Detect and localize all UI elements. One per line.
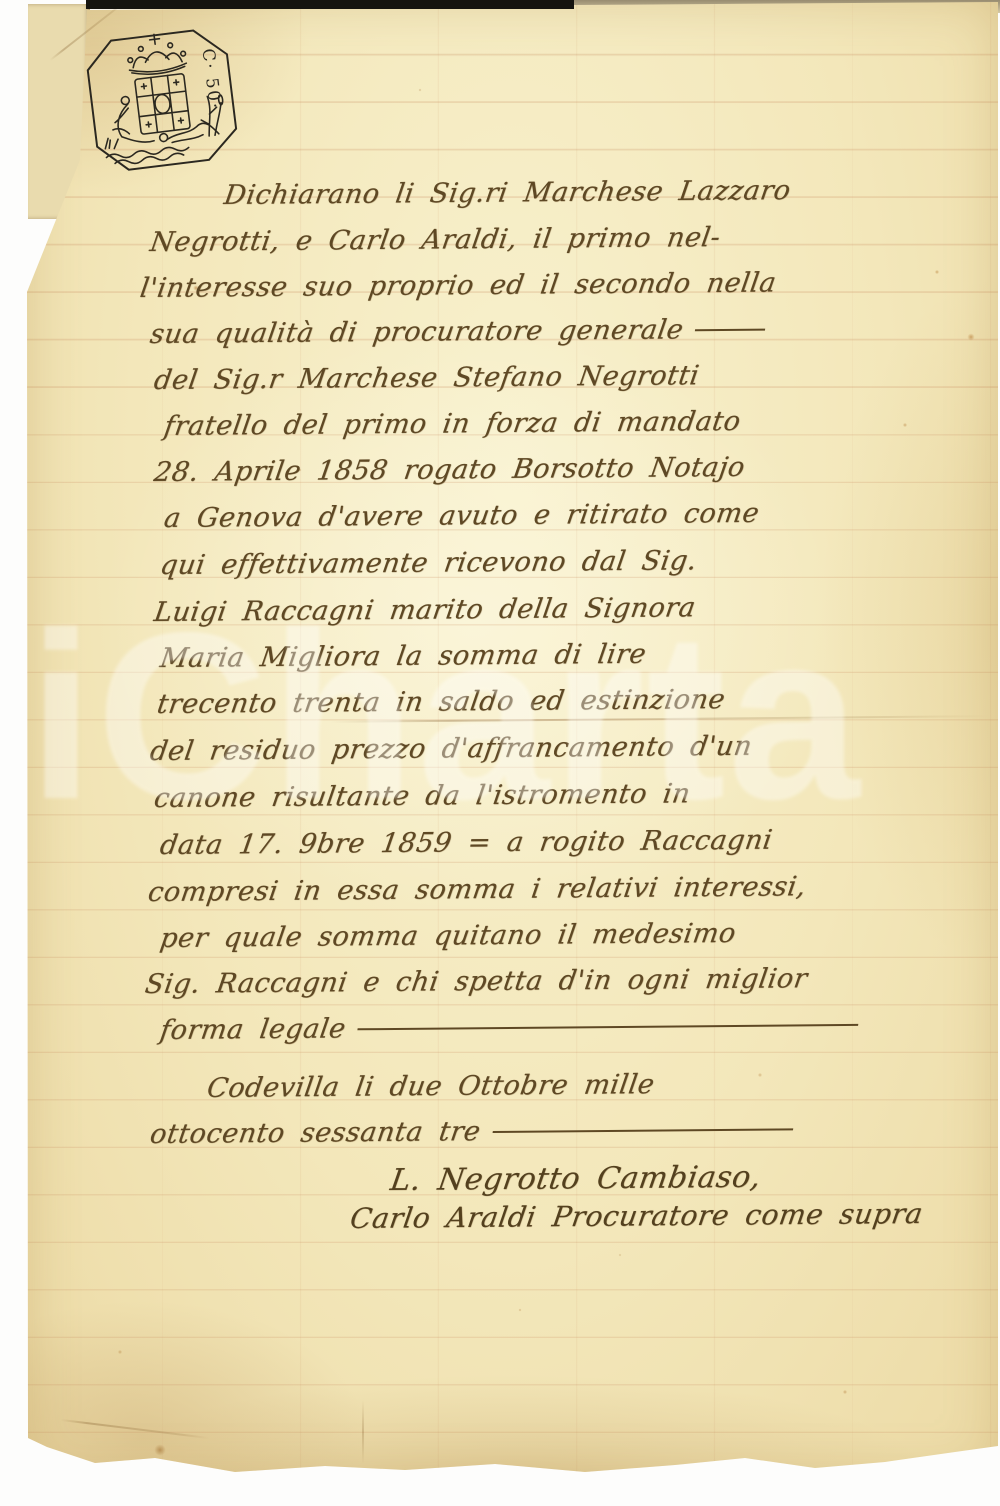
manuscript-line: qui effettivamente ricevono dal Sig. (158, 545, 699, 581)
manuscript-line: Dichiarano li Sig.ri Marchese Lazzaro (222, 175, 793, 211)
manuscript-line: data 17. 9bre 1859 = a rogito Raccagni (158, 825, 774, 861)
manuscript-line: per quale somma quitano il medesimo (158, 918, 738, 954)
scanned-manuscript-page: C· 50· Dichiarano li Sig.ri Marchese Laz… (0, 0, 1000, 1506)
flourish-rule (357, 1024, 858, 1030)
manuscript-line: Negrotti, e Carlo Araldi, il primo nel- (148, 222, 723, 258)
flourish-rule (492, 1128, 793, 1133)
manuscript-dateline: Codevilla li due Ottobre mille (205, 1069, 657, 1104)
stamp-denomination: C· 50· (199, 47, 226, 111)
manuscript-line: compresi in essa somma i relativi intere… (146, 871, 808, 908)
manuscript-line: del residuo prezzo d'affrancamento d'un (148, 731, 754, 767)
scanner-dark-band (86, 0, 574, 9)
manuscript-line: Maria Migliora la somma di lire (158, 639, 648, 674)
manuscript-line: sua qualità di procuratore generale (148, 314, 768, 350)
manuscript-line: 28. Aprile 1858 rogato Borsotto Notajo (152, 452, 747, 488)
manuscript-line: a Genova d'avere avuto e ritirato come (162, 498, 761, 534)
coat-of-arms-icon: C· 50· (80, 22, 244, 179)
flourish-rule (695, 329, 765, 332)
manuscript-line: canone risultante da l'istromento in (152, 778, 693, 814)
manuscript-line: del Sig.r Marchese Stefano Negrotti (152, 360, 701, 396)
manuscript-line: forma legale (158, 1009, 861, 1046)
manuscript-line: Luigi Raccagni marito della Signora (152, 592, 698, 628)
signature-carlo-araldi: Carlo Araldi Procuratore come supra (348, 1197, 925, 1235)
manuscript-dateline: ottocento sessanta tre (148, 1113, 795, 1150)
revenue-stamp: C· 50· (80, 22, 244, 179)
manuscript-line: fratello del primo in forza di mandato (162, 406, 743, 442)
signature-negrotto-cambiaso: L. Negrotto Cambiaso, (388, 1160, 764, 1198)
manuscript-line: trecento trenta in saldo ed estinzione (155, 684, 727, 720)
manuscript-line: Sig. Raccagni e chi spetta d'in ogni mig… (143, 963, 810, 1000)
manuscript-line: l'interesse suo proprio ed il secondo ne… (138, 267, 778, 304)
